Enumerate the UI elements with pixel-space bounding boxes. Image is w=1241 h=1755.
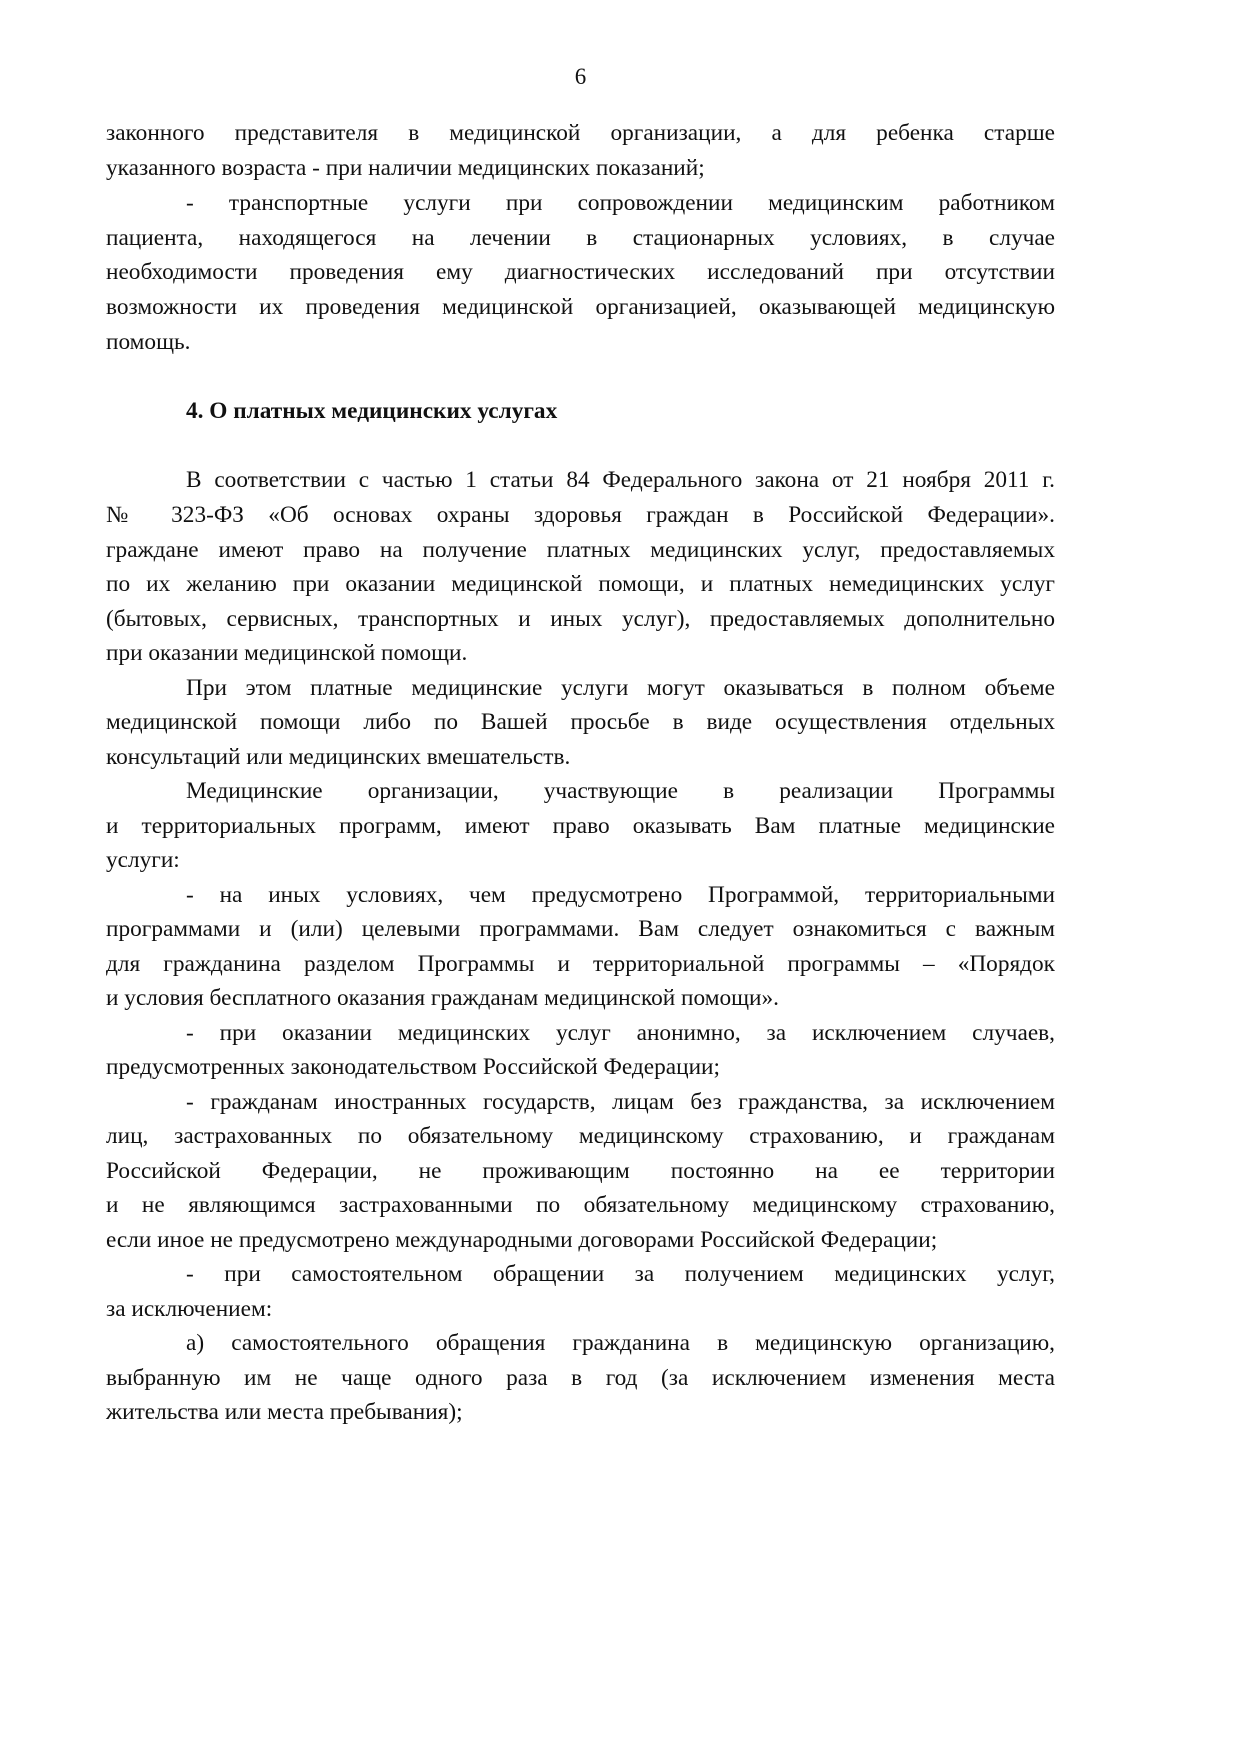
text-line: возможности их проведения медицинской ор…	[106, 292, 1055, 322]
text-line: В соответствии с частью 1 статьи 84 Феде…	[186, 465, 1055, 495]
text-line: выбранную им не чаще одного раза в год (…	[106, 1363, 1055, 1393]
text-line: при оказании медицинской помощи.	[106, 638, 1055, 668]
text-line: и территориальных программ, имеют право …	[106, 811, 1055, 841]
text-line: - гражданам иностранных государств, лица…	[186, 1087, 1055, 1117]
text-line: - при оказании медицинских услуг анонимн…	[186, 1018, 1055, 1048]
text-line: законного представителя в медицинской ор…	[106, 118, 1055, 148]
document-page: 6 4. О платных медицинских услугах закон…	[0, 0, 1241, 1755]
text-line: № 323-ФЗ «Об основах охраны здоровья гра…	[106, 500, 1055, 530]
text-line: необходимости проведения ему диагностиче…	[106, 257, 1055, 287]
text-line: и не являющимся застрахованными по обяза…	[106, 1190, 1055, 1220]
text-line: услуги:	[106, 845, 1055, 875]
text-line: медицинской помощи либо по Вашей просьбе…	[106, 707, 1055, 737]
section-heading: 4. О платных медицинских услугах	[186, 396, 557, 426]
text-line: При этом платные медицинские услуги могу…	[186, 673, 1055, 703]
text-line: помощь.	[106, 327, 1055, 357]
text-line: пациента, находящегося на лечении в стац…	[106, 223, 1055, 253]
text-line: - на иных условиях, чем предусмотрено Пр…	[186, 880, 1055, 910]
text-line: (бытовых, сервисных, транспортных и иных…	[106, 604, 1055, 634]
text-line: Медицинские организации, участвующие в р…	[186, 776, 1055, 806]
text-line: жительства или места пребывания);	[106, 1397, 1055, 1427]
text-line: лиц, застрахованных по обязательному мед…	[106, 1121, 1055, 1151]
text-line: указанного возраста - при наличии медици…	[106, 153, 1055, 183]
text-line: программами и (или) целевыми программами…	[106, 914, 1055, 944]
page-number: 6	[0, 64, 1161, 90]
text-line: и условия бесплатного оказания гражданам…	[106, 983, 1055, 1013]
text-line: если иное не предусмотрено международным…	[106, 1225, 1055, 1255]
text-line: за исключением:	[106, 1294, 1055, 1324]
text-line: граждане имеют право на получение платны…	[106, 535, 1055, 565]
text-line: Российской Федерации, не проживающим пос…	[106, 1156, 1055, 1186]
text-line: консультаций или медицинских вмешательст…	[106, 742, 1055, 772]
text-line: - транспортные услуги при сопровождении …	[186, 188, 1055, 218]
text-line: по их желанию при оказании медицинской п…	[106, 569, 1055, 599]
text-line: - при самостоятельном обращении за получ…	[186, 1259, 1055, 1289]
text-line: а) самостоятельного обращения гражданина…	[186, 1328, 1055, 1358]
text-line: для гражданина разделом Программы и терр…	[106, 949, 1055, 979]
text-line: предусмотренных законодательством Россий…	[106, 1052, 1055, 1082]
